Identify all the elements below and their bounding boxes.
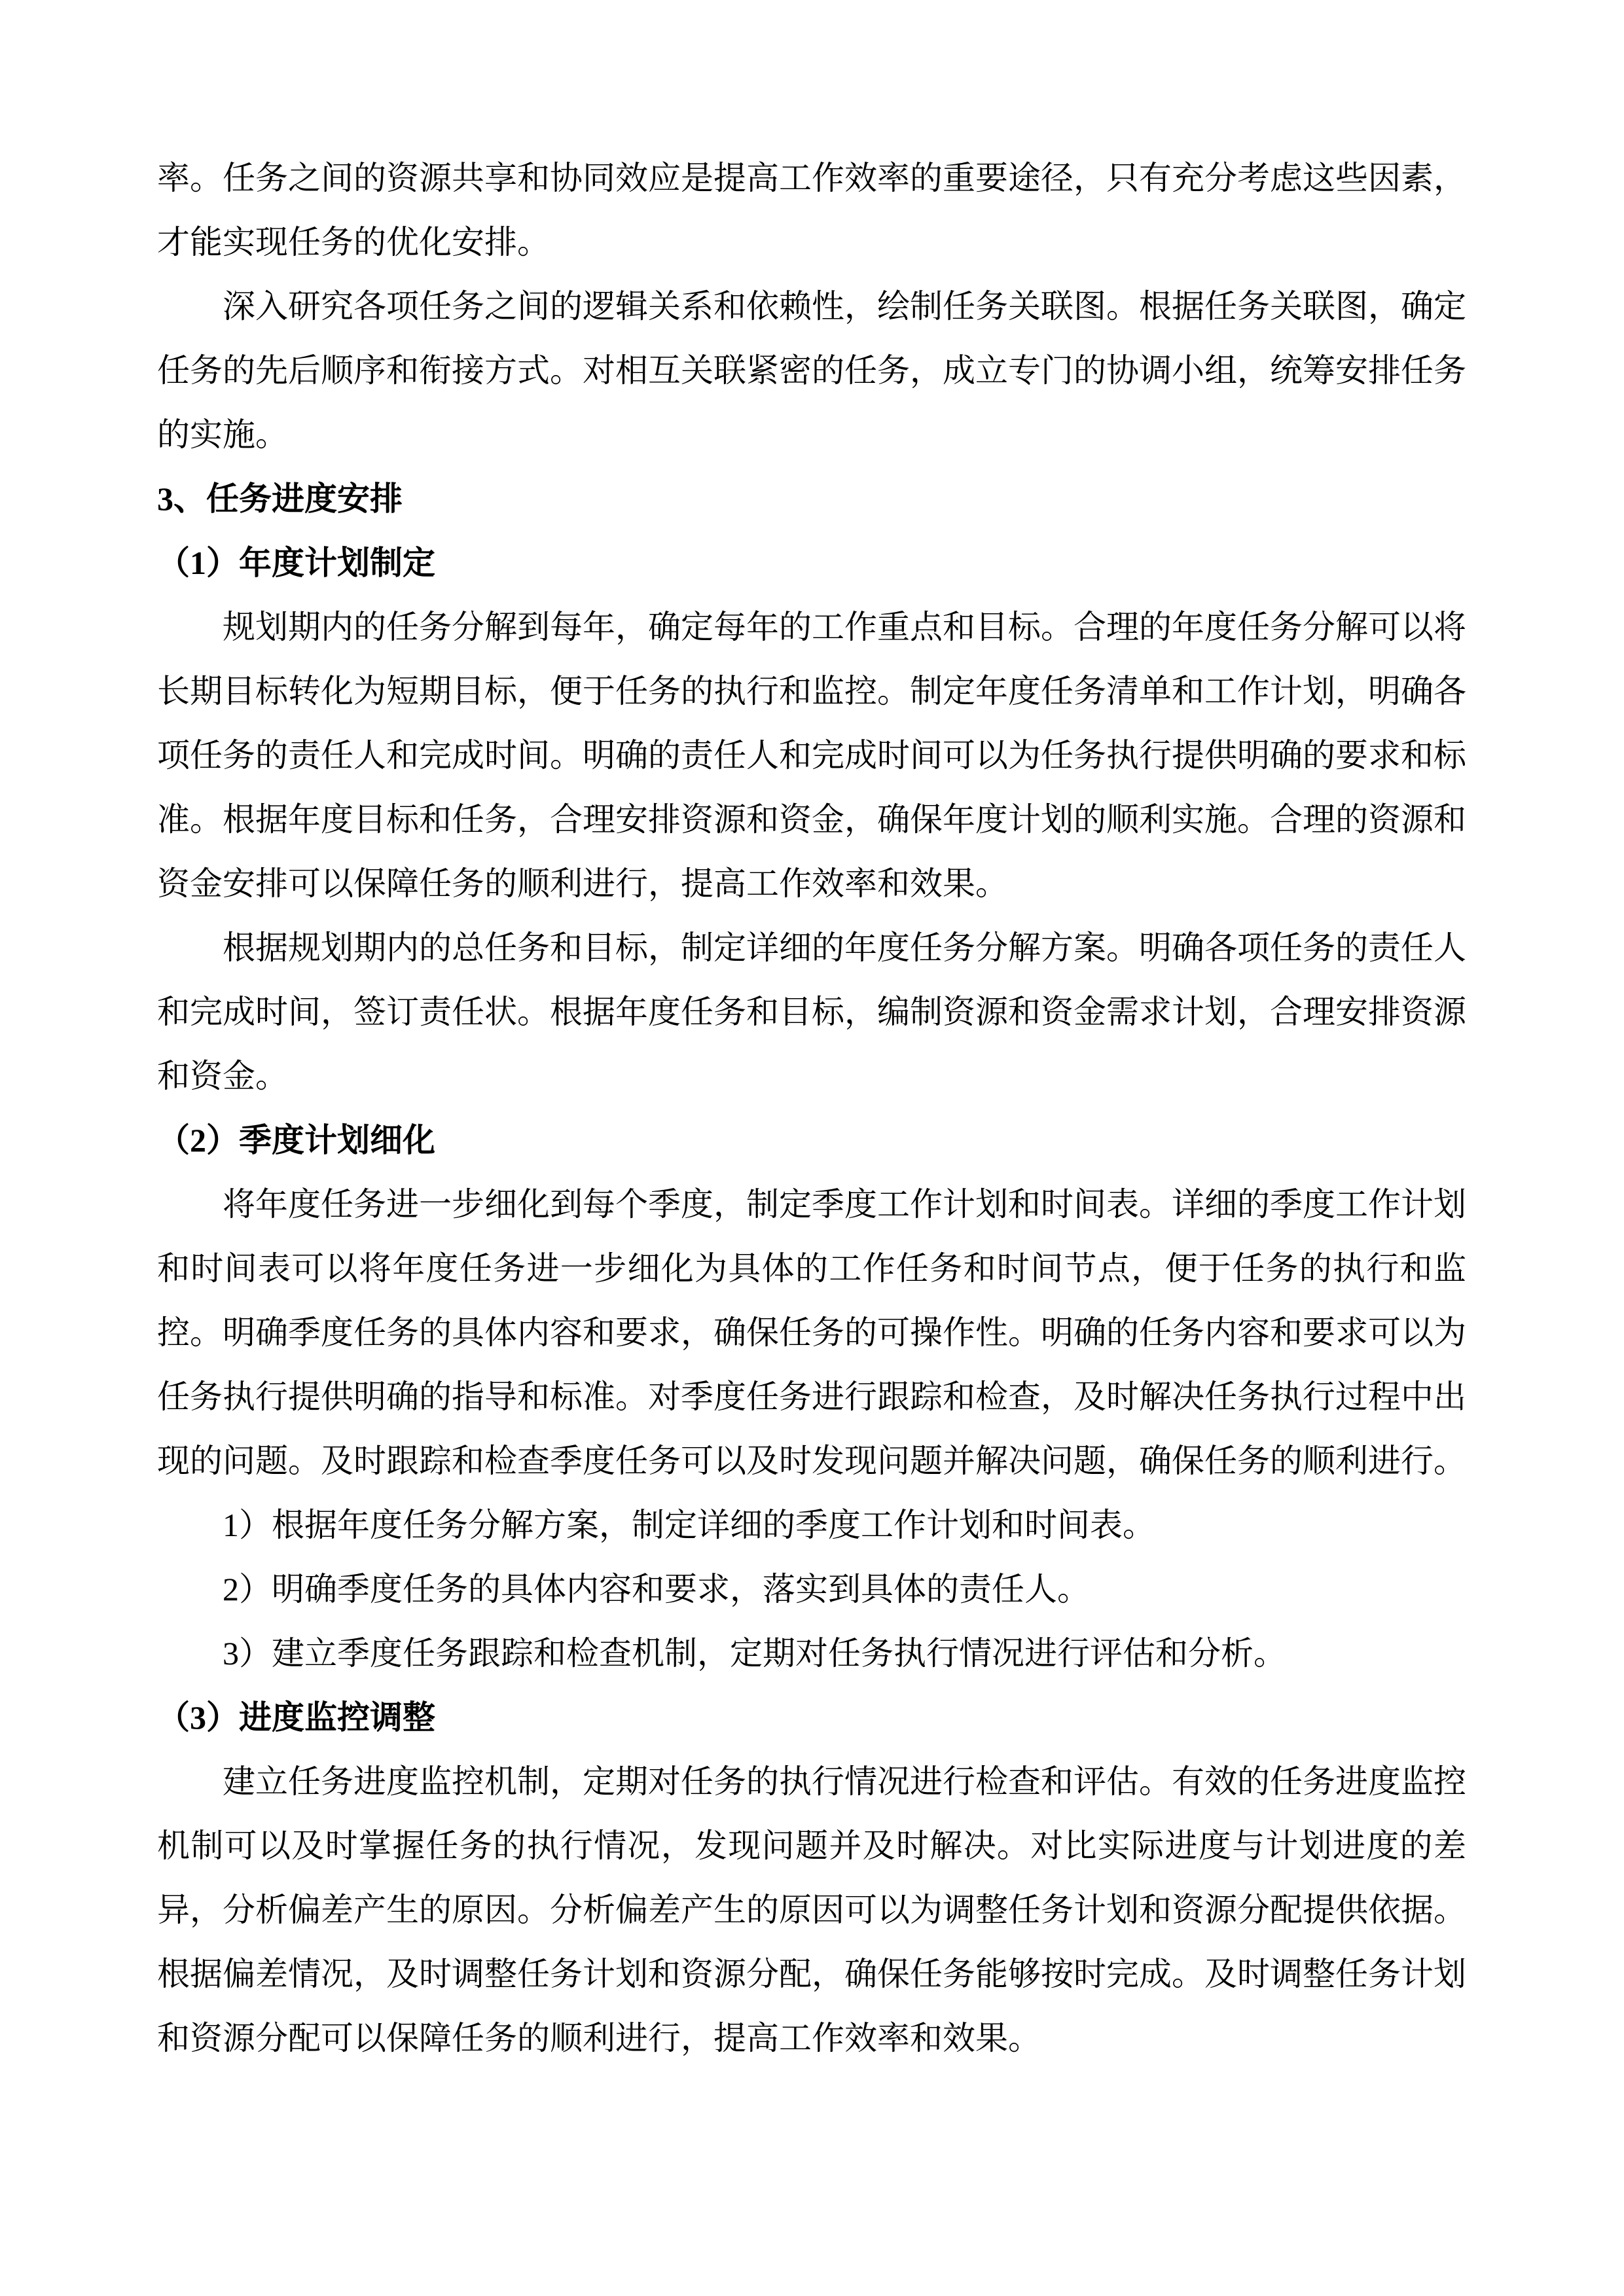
text-line: 控。明确季度任务的具体内容和要求，确保任务的可操作性。明确的任务内容和要求可以为 [157, 1300, 1466, 1365]
list-item: 1）根据年度任务分解方案，制定详细的季度工作计划和时间表。 [157, 1493, 1466, 1557]
section-heading: 3、任务进度安排 [157, 467, 1466, 531]
text-line: 率。任务之间的资源共享和协同效应是提高工作效率的重要途径，只有充分考虑这些因素， [157, 146, 1466, 210]
text-line: 准。根据年度目标和任务，合理安排资源和资金，确保年度计划的顺利实施。合理的资源和 [157, 787, 1466, 852]
text-line: 和完成时间，签订责任状。根据年度任务和目标，编制资源和资金需求计划，合理安排资源 [157, 980, 1466, 1044]
text-line: 规划期内的任务分解到每年，确定每年的工作重点和目标。合理的年度任务分解可以将 [157, 595, 1466, 659]
list-item-line: 3）建立季度任务跟踪和检查机制，定期对任务执行情况进行评估和分析。 [157, 1621, 1466, 1685]
text-line: 深入研究各项任务之间的逻辑关系和依赖性，绘制任务关联图。根据任务关联图，确定 [157, 274, 1466, 338]
document-page: 率。任务之间的资源共享和协同效应是提高工作效率的重要途径，只有充分考虑这些因素，… [0, 0, 1624, 2296]
text-line: 和资源分配可以保障任务的顺利进行，提高工作效率和效果。 [157, 2006, 1466, 2070]
text-line: 异，分析偏差产生的原因。分析偏差产生的原因可以为调整任务计划和资源分配提供依据。 [157, 1878, 1466, 1942]
text-line: 任务的先后顺序和衔接方式。对相互关联紧密的任务，成立专门的协调小组，统筹安排任务 [157, 338, 1466, 403]
paragraph: 深入研究各项任务之间的逻辑关系和依赖性，绘制任务关联图。根据任务关联图，确定任务… [157, 274, 1466, 467]
paragraph: 根据规划期内的总任务和目标，制定详细的年度任务分解方案。明确各项任务的责任人和完… [157, 916, 1466, 1108]
heading-line: 3、任务进度安排 [157, 467, 1466, 531]
section-heading: （1）年度计划制定 [157, 531, 1466, 595]
list-item: 2）明确季度任务的具体内容和要求，落实到具体的责任人。 [157, 1557, 1466, 1621]
list-item: 3）建立季度任务跟踪和检查机制，定期对任务执行情况进行评估和分析。 [157, 1621, 1466, 1685]
text-line: 将年度任务进一步细化到每个季度，制定季度工作计划和时间表。详细的季度工作计划 [157, 1172, 1466, 1236]
text-line: 机制可以及时掌握任务的执行情况，发现问题并及时解决。对比实际进度与计划进度的差 [157, 1814, 1466, 1878]
paragraph: 规划期内的任务分解到每年，确定每年的工作重点和目标。合理的年度任务分解可以将长期… [157, 595, 1466, 916]
text-line: 和资金。 [157, 1044, 1466, 1108]
text-line: 才能实现任务的优化安排。 [157, 210, 1466, 274]
heading-line: （2）季度计划细化 [157, 1108, 1466, 1172]
text-line: 根据偏差情况，及时调整任务计划和资源分配，确保任务能够按时完成。及时调整任务计划 [157, 1942, 1466, 2006]
list-item-line: 2）明确季度任务的具体内容和要求，落实到具体的责任人。 [157, 1557, 1466, 1621]
text-line: 和时间表可以将年度任务进一步细化为具体的工作任务和时间节点，便于任务的执行和监 [157, 1236, 1466, 1300]
section-heading: （2）季度计划细化 [157, 1108, 1466, 1172]
text-line: 现的问题。及时跟踪和检查季度任务可以及时发现问题并解决问题，确保任务的顺利进行。 [157, 1429, 1466, 1493]
list-item-line: 1）根据年度任务分解方案，制定详细的季度工作计划和时间表。 [157, 1493, 1466, 1557]
section-heading: （3）进度监控调整 [157, 1685, 1466, 1749]
text-line: 项任务的责任人和完成时间。明确的责任人和完成时间可以为任务执行提供明确的要求和标 [157, 723, 1466, 787]
heading-line: （3）进度监控调整 [157, 1685, 1466, 1749]
text-line: 的实施。 [157, 403, 1466, 467]
text-line: 长期目标转化为短期目标，便于任务的执行和监控。制定年度任务清单和工作计划，明确各 [157, 659, 1466, 723]
paragraph: 建立任务进度监控机制，定期对任务的执行情况进行检查和评估。有效的任务进度监控机制… [157, 1749, 1466, 2070]
paragraph: 将年度任务进一步细化到每个季度，制定季度工作计划和时间表。详细的季度工作计划和时… [157, 1172, 1466, 1493]
text-line: 根据规划期内的总任务和目标，制定详细的年度任务分解方案。明确各项任务的责任人 [157, 916, 1466, 980]
text-line: 资金安排可以保障任务的顺利进行，提高工作效率和效果。 [157, 852, 1466, 916]
heading-line: （1）年度计划制定 [157, 531, 1466, 595]
text-line: 建立任务进度监控机制，定期对任务的执行情况进行检查和评估。有效的任务进度监控 [157, 1749, 1466, 1814]
text-line: 任务执行提供明确的指导和标准。对季度任务进行跟踪和检查，及时解决任务执行过程中出 [157, 1365, 1466, 1429]
paragraph: 率。任务之间的资源共享和协同效应是提高工作效率的重要途径，只有充分考虑这些因素，… [157, 146, 1466, 274]
